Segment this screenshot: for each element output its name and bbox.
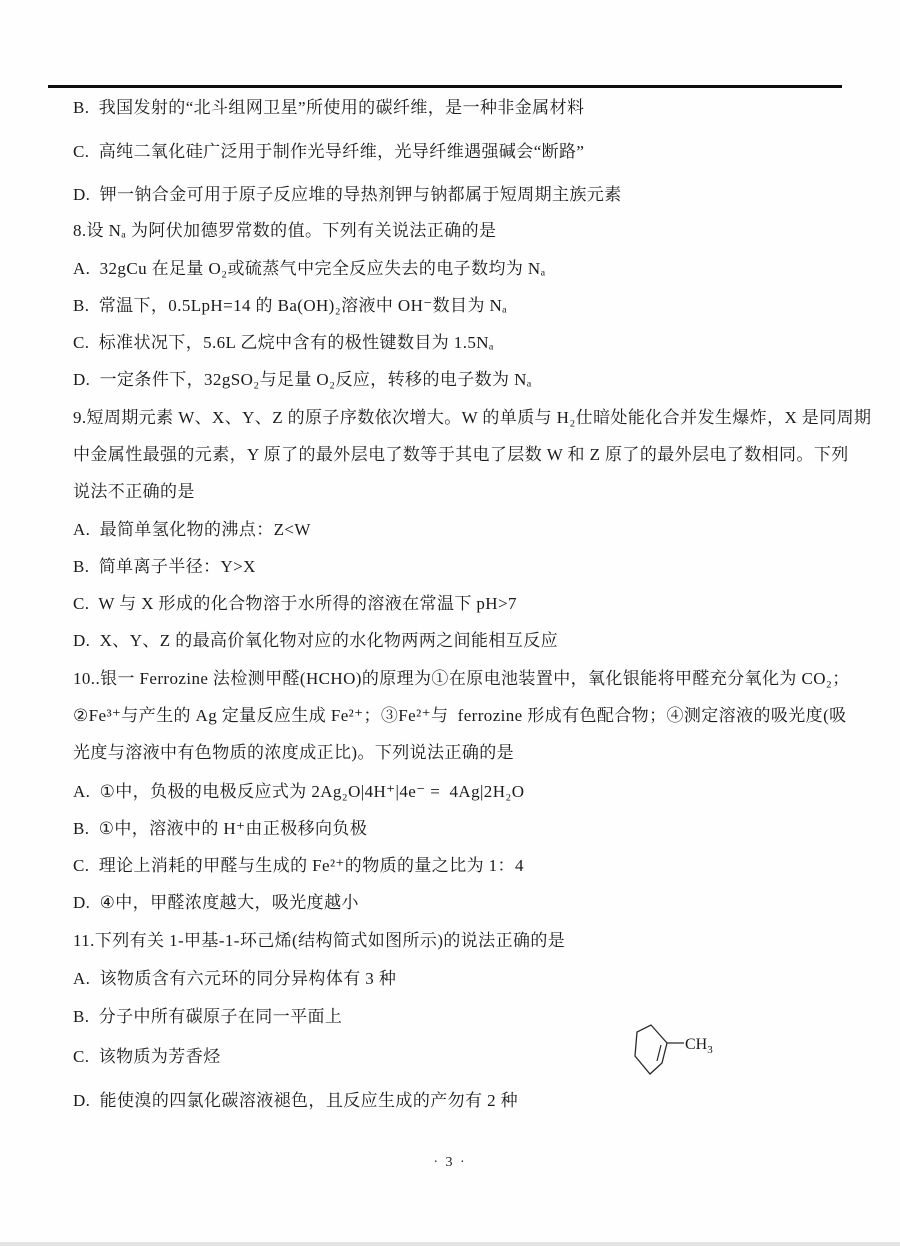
option-8b: B. 常温下，0.5LpH=14 的 Ba(OH)₂溶液中 OH⁻数目为 Nₐ [73,295,507,317]
question-9-stem-line3: 说法不正确的是 [73,481,195,503]
option-10a: A. ①中，负极的电极反应式为 2Ag₂O|4H⁺|4e⁻ = 4Ag|2H₂O [73,781,524,803]
methyl-label: CH3 [685,1036,713,1056]
exam-page: B. 我国发射的“北斗组网卫星”所使用的碳纤维，是一种非金属材料 C. 高纯二氧… [0,0,900,1246]
question-10-stem-line2: ②Fe³⁺与产生的 Ag 定量反应生成 Fe²⁺；③Fe²⁺与 ferrozin… [73,705,847,727]
cyclohexene-structure-diagram: CH3 [618,1014,738,1080]
question-11-stem: 11.下列有关 1-甲基-1-环己烯(结构简式如图所示)的说法正确的是 [73,930,565,952]
question-10-stem-line3: 光度与溶液中有色物质的浓度成正比)。下列说法正确的是 [73,742,514,764]
option-7b: B. 我国发射的“北斗组网卫星”所使用的碳纤维，是一种非金属材料 [73,97,584,119]
question-9-stem-line2: 中金属性最强的元素，Y 原了的最外层电了数等于其电了层数 W 和 Z 原了的最外… [73,444,849,466]
option-11d: D. 能使溴的四氯化碳溶液褪色，且反应生成的产勿有 2 种 [73,1090,518,1112]
option-9b: B. 简单离子半径：Y>X [73,556,256,578]
option-11b: B. 分子中所有碳原子在同一平面上 [73,1006,342,1028]
option-7d: D. 钾一钠合金可用于原子反应堆的导热剂钾与钠都属于短周期主族元素 [73,184,622,206]
option-10d: D. ④中，甲醛浓度越大，吸光度越小 [73,892,359,914]
option-8c: C. 标准状况下，5.6L 乙烷中含有的极性键数目为 1.5Nₐ [73,332,494,354]
option-8a: A. 32gCu 在足量 O₂或硫蒸气中完全反应失去的电子数均为 Nₐ [73,258,546,280]
question-9-stem-line1: 9.短周期元素 W、X、Y、Z 的原子序数依次增大。W 的单质与 H₂仕暗处能化… [73,407,871,429]
option-11a: A. 该物质含有六元环的同分异构体有 3 种 [73,968,396,990]
double-bond [657,1045,661,1061]
option-10b: B. ①中，溶液中的 H⁺由正极移向负极 [73,818,367,840]
option-7c: C. 高纯二氧化硅广泛用于制作光导纤维，光导纤维遇强碱会“断路” [73,141,584,163]
option-8d: D. 一定条件下，32gSO₂与足量 O₂反应，转移的电子数为 Nₐ [73,369,532,391]
option-10c: C. 理论上消耗的甲醛与生成的 Fe²⁺的物质的量之比为 1：4 [73,855,524,877]
option-11c: C. 该物质为芳香烃 [73,1046,221,1068]
question-8-stem: 8.设 Nₐ 为阿伏加德罗常数的值。下列有关说法正确的是 [73,220,496,242]
page-number: · 3 · [0,1155,900,1171]
question-10-stem-line1: 10..银一 Ferrozine 法检测甲醛(HCHO)的原理为①在原电池装置中… [73,668,850,690]
option-9a: A. 最简单氢化物的沸点：Z<W [73,519,311,541]
page-bottom-edge [0,1242,900,1246]
ring-bond [635,1025,667,1074]
option-9d: D. X、Y、Z 的最高价氧化物对应的水化物两两之间能相互反应 [73,630,558,652]
top-rule [48,85,842,88]
option-9c: C. W 与 X 形成的化合物溶于水所得的溶液在常温下 pH>7 [73,593,517,615]
